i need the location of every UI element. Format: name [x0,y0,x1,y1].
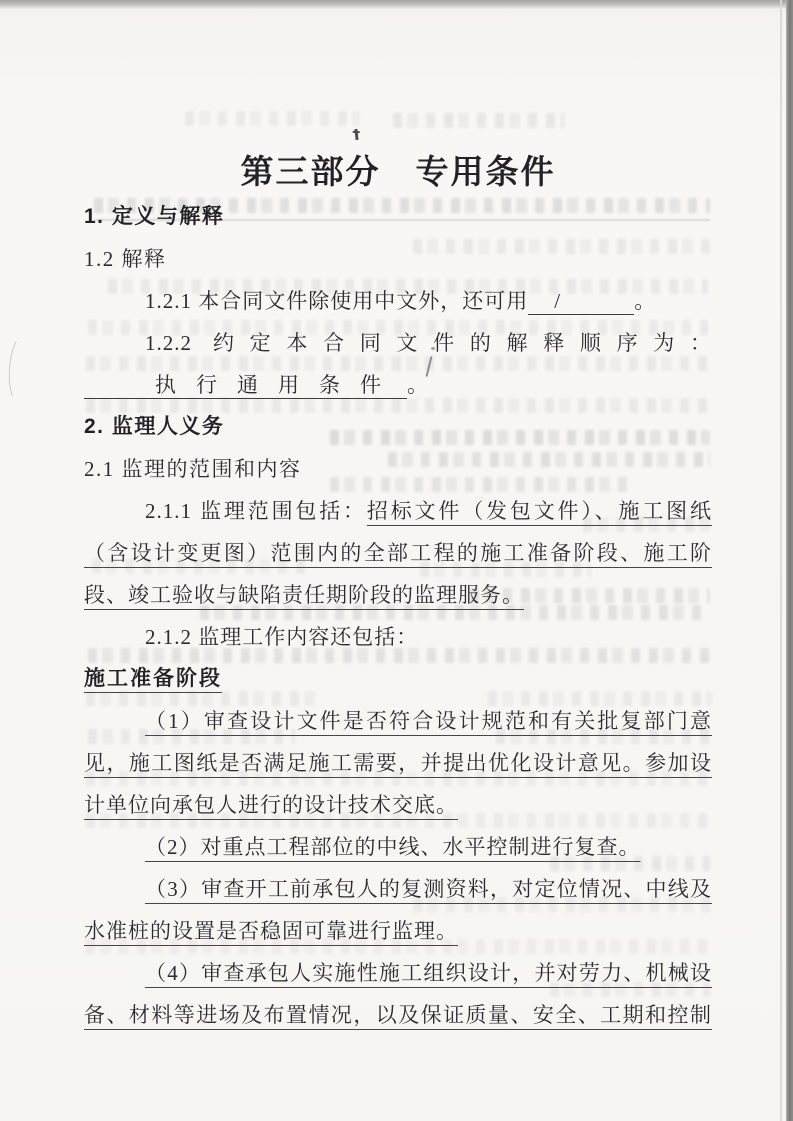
scanner-top-edge [0,0,793,9]
clause-2-1-2: 2.1.2 监理工作内容还包括： [84,616,712,658]
work-item-4: （4）审查承包人实施性施工组织设计，并对劳力、机械设备、材料等进场及布置情况，以… [84,952,712,1036]
clause-1-2-2: 1.2.2 约定本合同文件的解释顺序为：执行通用条件。 [84,322,712,406]
page-title: 第三部分 专用条件 [84,148,712,196]
fill-in-blank-language: / [528,288,634,315]
document-content: 第三部分 专用条件 1. 定义与解释 1.2 解释 1.2.1 本合同文件除使用… [84,0,712,1036]
clause-1-2-1-text: 1.2.1 本合同文件除使用中文外，还可用 [145,289,528,313]
section-2-1-heading: 2.1 监理的范围和内容 [84,448,712,490]
clause-1-2-2-text: 1.2.2 约定本合同文件的解释顺序为： [145,331,712,355]
clause-1-2-1: 1.2.1 本合同文件除使用中文外，还可用/。 [84,280,712,322]
work-item-2-text: （2）对重点工程部位的中线、水平控制进行复查。 [145,835,641,859]
clause-1-2-1-period: 。 [634,289,656,313]
clause-2-1-1-text: 2.1.1 监理范围包括： [145,499,367,523]
clause-1-2-2-period: 。 [407,373,429,397]
work-item-1: （1）审查设计文件是否符合设计规范和有关批复部门意见，施工图纸是否满足施工需要，… [84,700,712,826]
work-item-1-text: （1）审查设计文件是否符合设计规范和有关批复部门意见，施工图纸是否满足施工需要，… [84,709,712,817]
work-item-2: （2）对重点工程部位的中线、水平控制进行复查。 [84,826,712,868]
work-item-4-text: （4）审查承包人实施性施工组织设计，并对劳力、机械设备、材料等进场及布置情况，以… [84,961,712,1027]
scan-hair-artifact [7,335,34,402]
stage-heading: 施工准备阶段 [84,658,712,700]
stage-heading-text: 施工准备阶段 [84,667,222,690]
section-2-heading: 2. 监理人义务 [84,406,712,448]
blank-slash-value: / [554,289,561,313]
scanner-right-dark-edge [786,0,793,1121]
work-item-3-text: （3）审查开工前承包人的复测资料，对定位情况、中线及水准桩的设置是否稳固可靠进行… [84,877,712,943]
interpretation-order-fill: 执行通用条件 [84,372,407,399]
section-1-2-heading: 1.2 解释 [84,238,712,280]
scanner-right-light-line [780,0,782,1121]
work-item-3: （3）审查开工前承包人的复测资料，对定位情况、中线及水准桩的设置是否稳固可靠进行… [84,868,712,952]
section-1-heading: 1. 定义与解释 [84,196,712,238]
scanned-document-page: 第三部分 专用条件 1. 定义与解释 1.2 解释 1.2.1 本合同文件除使用… [0,0,793,1121]
clause-2-1-1: 2.1.1 监理范围包括：招标文件（发包文件）、施工图纸（含设计变更图）范围内的… [84,490,712,616]
